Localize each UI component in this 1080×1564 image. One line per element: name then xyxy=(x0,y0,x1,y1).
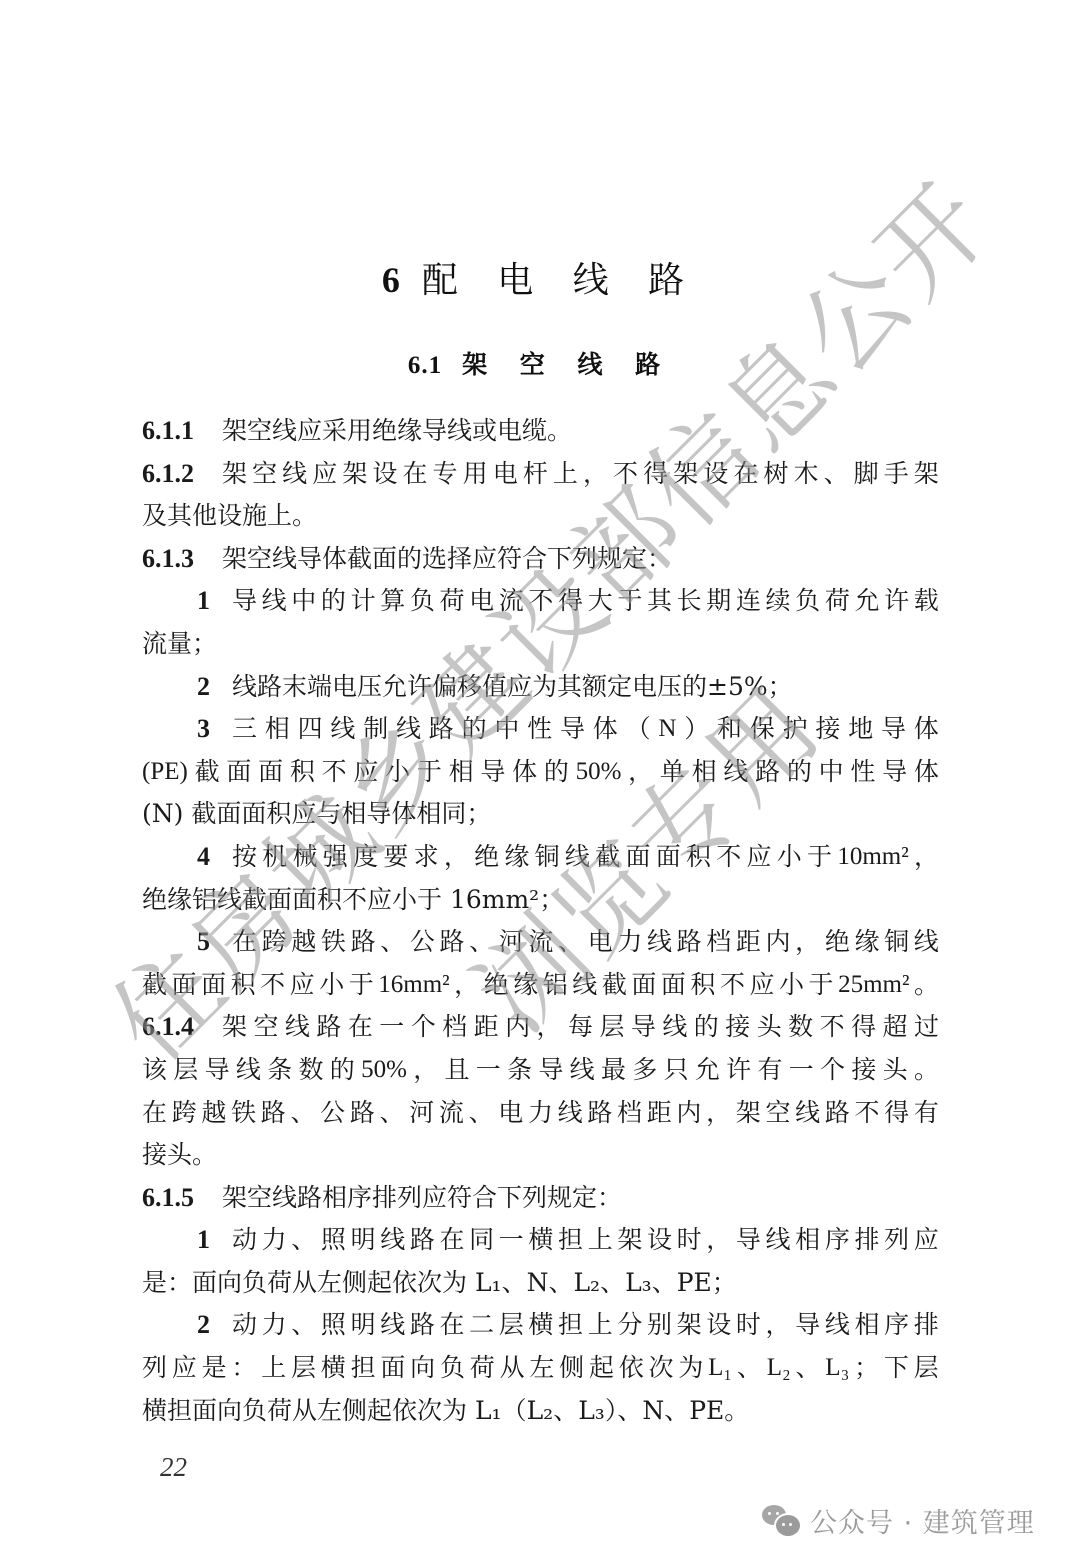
clause-line: 6.1.2架空线应架设在专用电杆上，不得架设在树木、脚手架 xyxy=(142,453,939,496)
line-text: 横担面向负荷从左侧起依次为 L₁（L₂、L₃）、N、PE。 xyxy=(142,1390,749,1433)
list-item-line: 3三相四线制线路的中性导体（N）和保护接地导体 xyxy=(142,708,939,751)
list-item-line: 1导线中的计算负荷电流不得大于其长期连续负荷允许载 xyxy=(142,580,939,623)
line-text: 动力、照明线路在同一横担上架设时，导线相序排列应 xyxy=(232,1219,939,1262)
continuation-line: 在跨越铁路、公路、河流、电力线路档距内，架空线路不得有 xyxy=(142,1092,939,1135)
item-number: 2 xyxy=(197,666,210,709)
line-text: 动力、照明线路在二层横担上分别架设时，导线相序排 xyxy=(232,1304,939,1347)
line-text: 三相四线制线路的中性导体（N）和保护接地导体 xyxy=(232,708,939,751)
line-text: (PE)截面面积不应小于相导体的50%，单相线路的中性导体 xyxy=(142,751,939,794)
line-text: 在跨越铁路、公路、河流、电力线路档距内，架空线路不得有 xyxy=(142,1092,939,1135)
item-number: 1 xyxy=(197,580,210,623)
line-text: (N) 截面面积应与相导体相同； xyxy=(142,793,491,836)
line-text: 绝缘铝线截面面积不应小于 16mm²； xyxy=(142,879,564,922)
line-text: 线路末端电压允许偏移值应为其额定电压的±5%； xyxy=(232,666,793,709)
continuation-line: 截面面积不应小于16mm²，绝缘铝线截面面积不应小于25mm²。 xyxy=(142,964,939,1007)
line-text: 在跨越铁路、公路、河流、电力线路档距内，绝缘铜线 xyxy=(232,921,939,964)
body-text: 6.1.1架空线应采用绝缘导线或电缆。6.1.2架空线应架设在专用电杆上，不得架… xyxy=(142,410,939,1432)
clause-line: 6.1.1架空线应采用绝缘导线或电缆。 xyxy=(142,410,939,453)
line-text: 架空线应架设在专用电杆上，不得架设在树木、脚手架 xyxy=(222,453,939,496)
chapter-title-text: 配 电 线 路 xyxy=(422,260,698,301)
chapter-number: 6 xyxy=(382,260,400,300)
item-number: 3 xyxy=(197,708,210,751)
item-number: 5 xyxy=(197,921,210,964)
section-number: 6.1 xyxy=(408,352,442,379)
continuation-line: 接头。 xyxy=(142,1134,939,1177)
list-item-line: 4按机械强度要求，绝缘铜线截面面积不应小于10mm²， xyxy=(142,836,939,879)
list-item-line: 2动力、照明线路在二层横担上分别架设时，导线相序排 xyxy=(142,1304,939,1347)
continuation-line: 是：面向负荷从左侧起依次为 L₁、N、L₂、L₃、PE； xyxy=(142,1262,939,1305)
clause-number: 6.1.2 xyxy=(142,453,194,496)
continuation-line: (N) 截面面积应与相导体相同； xyxy=(142,793,939,836)
document-page: 6配 电 线 路 6.1架 空 线 路 6.1.1架空线应采用绝缘导线或电缆。6… xyxy=(0,0,1080,1564)
page-number: 22 xyxy=(160,1452,187,1483)
line-text: 是：面向负荷从左侧起依次为 L₁、N、L₂、L₃、PE； xyxy=(142,1262,737,1305)
item-number: 1 xyxy=(197,1219,210,1262)
line-text: 架空线路相序排列应符合下列规定： xyxy=(222,1177,622,1220)
item-number: 2 xyxy=(197,1304,210,1347)
section-title: 6.1架 空 线 路 xyxy=(0,345,1080,381)
line-text: 列应是：上层横担面向负荷从左侧起依次为L₁、L₂、L₃；下层 xyxy=(142,1347,939,1390)
line-text: 架空线应采用绝缘导线或电缆。 xyxy=(222,410,572,453)
line-text: 导线中的计算负荷电流不得大于其长期连续负荷允许载 xyxy=(232,580,939,623)
continuation-line: (PE)截面面积不应小于相导体的50%，单相线路的中性导体 xyxy=(142,751,939,794)
line-text: 架空线导体截面的选择应符合下列规定： xyxy=(222,538,672,581)
clause-number: 6.1.1 xyxy=(142,410,194,453)
continuation-line: 该层导线条数的50%，且一条导线最多只允许有一个接头。 xyxy=(142,1049,939,1092)
list-item-line: 2线路末端电压允许偏移值应为其额定电压的±5%； xyxy=(142,666,939,709)
footer-text: 公众号 · 建筑管理 xyxy=(810,1501,1035,1540)
line-text: 流量； xyxy=(142,623,217,666)
clause-number: 6.1.4 xyxy=(142,1006,194,1049)
line-text: 按机械强度要求，绝缘铜线截面面积不应小于10mm²， xyxy=(232,836,939,879)
clause-number: 6.1.3 xyxy=(142,538,194,581)
line-text: 接头。 xyxy=(142,1134,217,1177)
item-number: 4 xyxy=(197,836,210,879)
continuation-line: 横担面向负荷从左侧起依次为 L₁（L₂、L₃）、N、PE。 xyxy=(142,1390,939,1433)
clause-number: 6.1.5 xyxy=(142,1177,194,1220)
clause-line: 6.1.5架空线路相序排列应符合下列规定： xyxy=(142,1177,939,1220)
list-item-line: 1动力、照明线路在同一横担上架设时，导线相序排列应 xyxy=(142,1219,939,1262)
continuation-line: 及其他设施上。 xyxy=(142,495,939,538)
line-text: 及其他设施上。 xyxy=(142,495,317,538)
continuation-line: 绝缘铝线截面面积不应小于 16mm²； xyxy=(142,879,939,922)
footer-attribution: 公众号 · 建筑管理 xyxy=(762,1500,1035,1540)
clause-line: 6.1.3架空线导体截面的选择应符合下列规定： xyxy=(142,538,939,581)
section-title-text: 架 空 线 路 xyxy=(462,350,672,379)
chapter-title: 6配 电 线 路 xyxy=(0,252,1080,303)
clause-line: 6.1.4架空线路在一个档距内，每层导线的接头数不得超过 xyxy=(142,1006,939,1049)
continuation-line: 流量； xyxy=(142,623,939,666)
line-text: 该层导线条数的50%，且一条导线最多只允许有一个接头。 xyxy=(142,1049,939,1092)
line-text: 截面面积不应小于16mm²，绝缘铝线截面面积不应小于25mm²。 xyxy=(142,964,939,1007)
wechat-icon xyxy=(762,1503,802,1537)
continuation-line: 列应是：上层横担面向负荷从左侧起依次为L₁、L₂、L₃；下层 xyxy=(142,1347,939,1390)
list-item-line: 5在跨越铁路、公路、河流、电力线路档距内，绝缘铜线 xyxy=(142,921,939,964)
line-text: 架空线路在一个档距内，每层导线的接头数不得超过 xyxy=(222,1006,939,1049)
